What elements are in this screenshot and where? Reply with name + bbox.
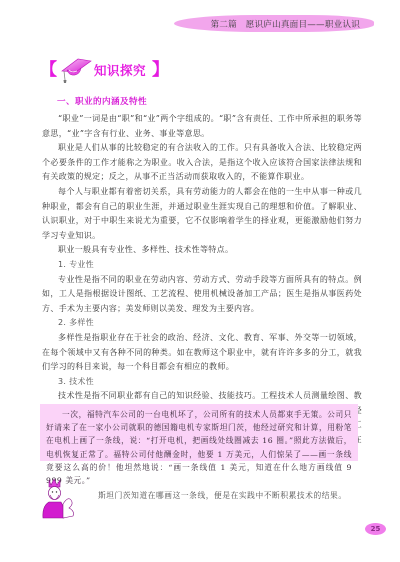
trait-label: 3. 技术性 — [42, 375, 362, 390]
banner-title: 知识探究 — [94, 61, 146, 79]
page-number: 25 — [371, 525, 381, 533]
running-header: 第二篇 愿识庐山真面目——职业认识 — [174, 15, 374, 32]
trait-text: 专业性是指不同的职业在劳动内容、劳动方式、劳动手段等方面所具有的特点。例如，工人… — [42, 273, 362, 317]
running-header-title: 第二篇 愿识庐山真面目——职业认识 — [211, 18, 361, 30]
page-number-badge: 25 — [365, 523, 386, 535]
story-text: 一次，福特汽车公司的一台电机坏了，公司所有的技术人员都束手无策。公司只好请来了在… — [46, 408, 352, 487]
trait-text: 多样性是指职业存在于社会的政治、经济、文化、教育、军事、外交等一切领域，在每个领… — [42, 331, 362, 375]
trait-label: 2. 多样性 — [42, 316, 362, 331]
section-banner: 【 知识探究 】 — [40, 55, 169, 85]
paragraph: 职业是人们从事的比较稳定的有合法收入的工作。只有具备收入合法、比较稳定两个必要条… — [42, 141, 362, 185]
king-cartoon-icon — [41, 478, 77, 520]
right-bracket: 】 — [152, 62, 169, 79]
section-heading: 一、职业的内涵及特性 — [42, 96, 362, 109]
paragraph: 职业一般具有专业性、多样性、技术性等特点。 — [42, 243, 362, 258]
paragraph: 每个人与职业都有着密切关系，具有劳动能力的人都会在他的一生中从事一种或几种职业，… — [42, 185, 362, 243]
paragraph: “职业”一词是由“职”和“业”两个字组成的。“职”含有责任、工作中所承担的职务等… — [42, 112, 362, 141]
trait-label: 1. 专业性 — [42, 258, 362, 273]
graduation-cap-icon — [58, 55, 92, 85]
left-bracket: 【 — [40, 62, 57, 79]
story-box: 一次，福特汽车公司的一台电机坏了，公司所有的技术人员都束手无策。公司只好请来了在… — [40, 404, 358, 461]
tip-text: 斯坦门茨知道在哪画这一条线，便是在实践中不断积累技术的结果。 — [98, 490, 347, 501]
